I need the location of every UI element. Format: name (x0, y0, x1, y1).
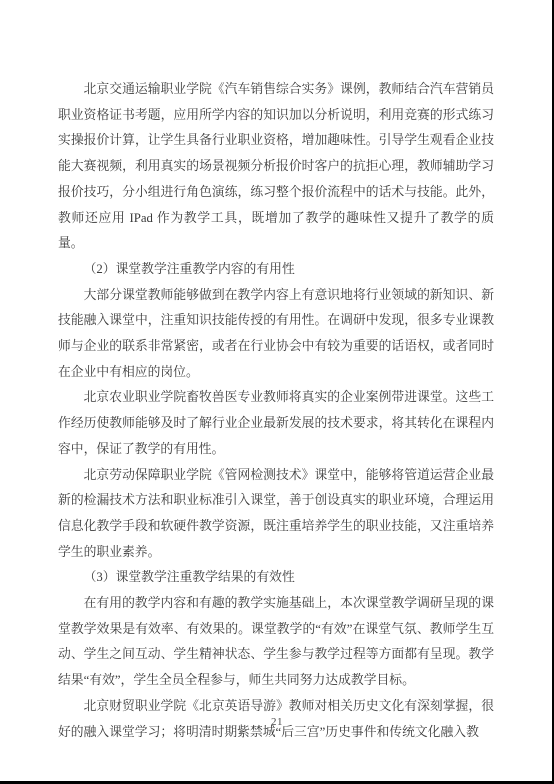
section-heading: （2）课堂教学注重教学内容的有用性 (58, 257, 494, 283)
document-page: 北京交通运输职业学院《汽车销售综合实务》课例，教师结合汽车营销员职业资格证书考题… (0, 0, 554, 784)
page-number: 21 (0, 716, 554, 728)
paragraph: 大部分课堂教师能够做到在教学内容上有意识地将行业领域的新知识、新技能融入课堂中，… (58, 283, 494, 386)
paragraph: 北京农业职业学院畜牧兽医专业教师将真实的企业案例带进课堂。这些工作经历使教师能够… (58, 385, 494, 462)
section-heading: （3）课堂教学注重教学结果的有效性 (58, 565, 494, 591)
paragraph: 北京交通运输职业学院《汽车销售综合实务》课例，教师结合汽车营销员职业资格证书考题… (58, 77, 494, 257)
document-text-block: 北京交通运输职业学院《汽车销售综合实务》课例，教师结合汽车营销员职业资格证书考题… (58, 77, 494, 745)
paragraph: 在有用的教学内容和有趣的教学实施基础上，本次课堂教学调研呈现的课堂教学效果是有效… (58, 591, 494, 694)
paragraph: 北京劳动保障职业学院《管网检测技术》课堂中，能够将管道运营企业最新的检漏技术方法… (58, 463, 494, 566)
